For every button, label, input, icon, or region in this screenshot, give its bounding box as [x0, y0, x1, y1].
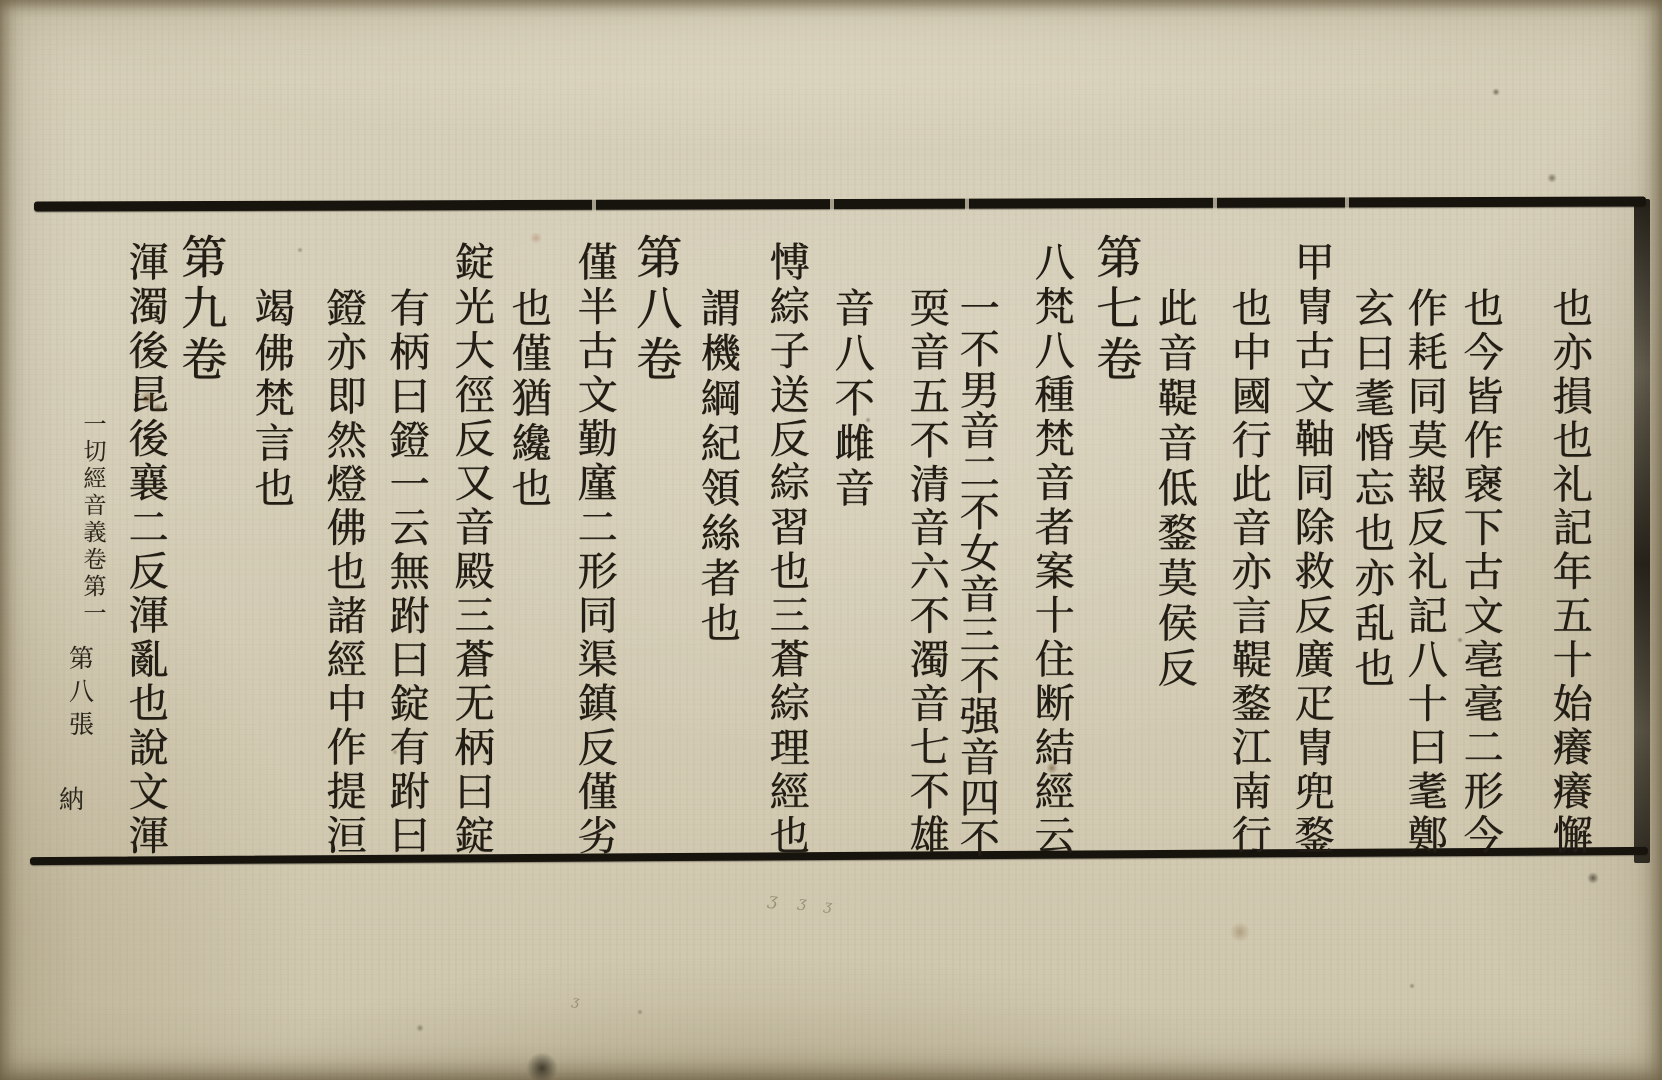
handwritten-squiggle: ʒ: [767, 889, 779, 910]
sheet-number-label: 第八張: [68, 645, 93, 744]
volume-header-column: 第八卷: [633, 233, 679, 386]
entry-column: 愽綜子送反綜習也三蒼綜理經也: [766, 241, 806, 858]
paper-speck: [153, 403, 163, 413]
collation-mark: 納: [58, 786, 83, 811]
paper-speck: [865, 417, 871, 423]
crease-mark: [1213, 195, 1217, 213]
entry-column: 甲冑古文䩜同除救反廣疋冑兜鍪: [1291, 241, 1331, 858]
paper-speck: [1457, 637, 1463, 643]
crease-mark: [1345, 195, 1349, 213]
paper-speck: [1230, 922, 1250, 942]
paper-speck: [1492, 88, 1500, 96]
volume-header-column: 第九卷: [178, 233, 224, 386]
crease-mark: [830, 195, 834, 213]
continuation-column: 也今皆作襃下古文亳毫二形今: [1460, 287, 1500, 858]
paper-speck: [1046, 762, 1058, 774]
continuation-column: 也中國行此音亦言鞮鍪江南行: [1228, 287, 1268, 858]
paper-speck: [1587, 872, 1599, 884]
continuation-column: 也僅猶纔也: [508, 287, 548, 512]
continuation-column: 一不男音二不女音三不强音四不: [956, 287, 996, 858]
paper-speck: [1409, 983, 1415, 989]
paper-speck: [1547, 173, 1557, 183]
continuation-column: 謂機綱紀領絲者也: [697, 287, 737, 647]
continuation-column: 音八不雌音: [831, 287, 871, 512]
continuation-column: 竭佛梵言也: [251, 287, 291, 512]
handwritten-squiggle: ʒ: [823, 898, 833, 915]
paper-speck: [297, 247, 303, 253]
continuation-column: 玄曰耄惛忘也亦乱也: [1351, 287, 1391, 692]
volume-header-column: 第七卷: [1093, 233, 1139, 386]
manuscript-page: 也亦損也礼記年五十始癢癢懈也今皆作襃下古文亳毫二形今作耗同莫報反礼記八十曰耄鄭玄…: [0, 0, 1662, 1080]
frame-top-border: [34, 196, 1646, 211]
continuation-column: 耎音五不清音六不濁音七不雄: [906, 287, 946, 858]
continuation-column: 此音鞮音低鍪莫侯反: [1154, 287, 1194, 692]
frame-right-border: [1634, 199, 1650, 863]
paper-speck: [530, 232, 542, 244]
entry-column: 渾濁後昆後襄二反渾亂也說文渾: [125, 241, 165, 858]
crease-mark: [592, 195, 596, 213]
continuation-column: 也亦損也礼記年五十始癢癢懈: [1549, 287, 1589, 858]
continuation-column: 作耗同莫報反礼記八十曰耄鄭: [1404, 287, 1444, 858]
handwritten-squiggle: ʒ: [571, 994, 580, 1010]
paper-speck: [392, 749, 398, 755]
continuation-column: 有柄曰鐙一云無跗曰錠有跗曰: [386, 287, 426, 858]
paper-speck: [526, 1052, 558, 1080]
entry-column: 僅半古文勤廑二形同渠鎮反僅劣: [574, 241, 614, 858]
entry-column: 錠光大徑反又音殿三蒼无柄曰錠: [451, 241, 491, 858]
paper-speck: [637, 1009, 643, 1015]
paper-speck: [416, 1024, 424, 1032]
crease-mark: [965, 195, 969, 213]
handwritten-squiggle: ʒ: [797, 892, 808, 911]
continuation-column: 鐙亦即然燈佛也諸經中作提洹: [323, 287, 363, 858]
scroll-title-column: 一切經音義卷第一: [81, 412, 104, 628]
